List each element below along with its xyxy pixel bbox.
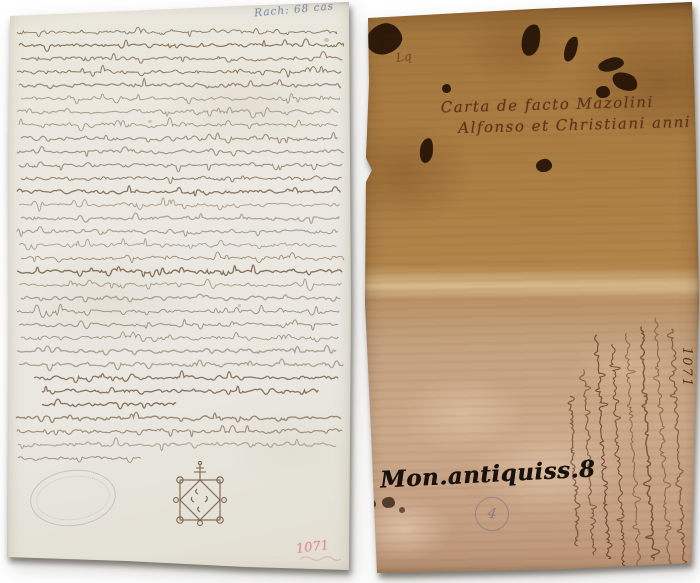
round-stamp-number: 4: [486, 505, 497, 522]
foxing-speck: [238, 304, 241, 307]
charter-verso: Lq Carta de facto Mazolini Alfonso et Ch…: [363, 2, 700, 575]
sideways-cursive-lines: [563, 317, 688, 575]
pink-scribble: [300, 557, 341, 561]
sideways-year: 1071: [679, 347, 694, 388]
recto-parchment: Rach: 68 cas 1071: [6, 2, 352, 574]
foxing-speck: [324, 38, 329, 42]
verso-parchment: Lq Carta de facto Mazolini Alfonso et Ch…: [363, 2, 700, 575]
manuscript-text-lines: [16, 27, 344, 462]
photograph-of-parchment-charter: Rach: 68 cas 1071 Lq: [0, 0, 700, 583]
charter-recto: Rach: 68 cas 1071: [6, 2, 352, 574]
notary-signum: [174, 461, 227, 525]
foxing-speck: [148, 120, 152, 123]
